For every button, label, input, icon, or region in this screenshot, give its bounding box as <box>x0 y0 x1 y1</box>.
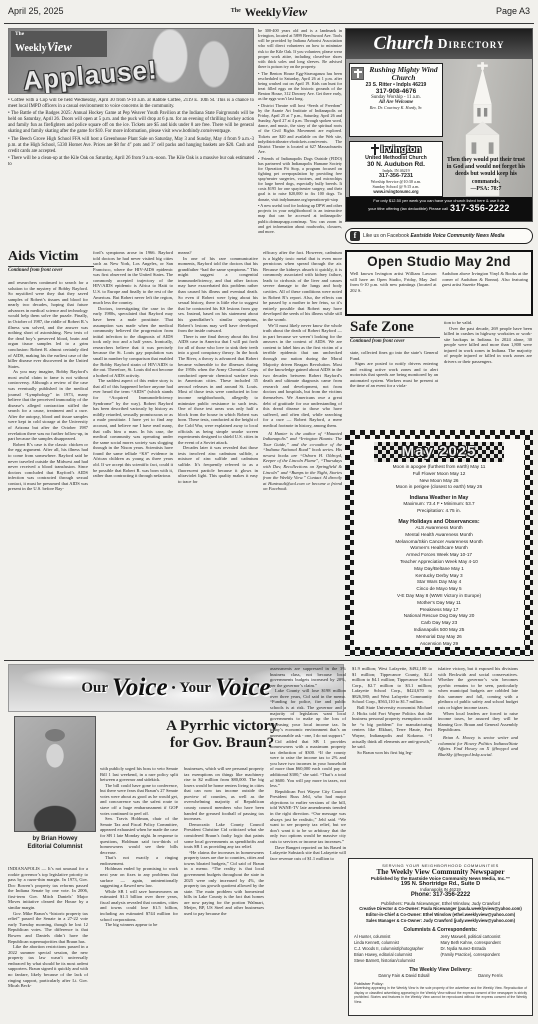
list-item: Creative Director & Co-Owner: Paula Nice… <box>354 906 527 912</box>
list-item: Full Flower Moon May 12 <box>354 471 524 478</box>
open-studio-box: Open Studio May 2nd Well known Irvington… <box>345 250 533 316</box>
aids-column-4: efficacy after the fact. However, cadmiu… <box>263 250 342 654</box>
paragraph: Robert R’s case is the classic chicken o… <box>8 442 88 492</box>
safe-zone-continued-note: Continued from front cover <box>350 337 440 344</box>
list-item: Preakness May 17 <box>354 607 524 614</box>
safe-zone-column-1: state, collected fines go into the state… <box>350 350 438 428</box>
section-divider <box>4 660 534 661</box>
paragraph: We’ll most likely never know the whole t… <box>263 323 342 429</box>
applause-graphic: TheWeeklyView Applause! <box>8 28 254 94</box>
list-item: • There will be a clean-up at the Kile O… <box>8 156 254 168</box>
umc-cross-icon <box>371 144 379 155</box>
paragraph: As you may imagine, Bobby Rayford’s most… <box>8 369 88 442</box>
safe-zone-header: Safe Zone Continued from front cover <box>350 320 440 344</box>
list-item: New Moon May 26 <box>354 478 524 485</box>
paragraph: The big winners appear to be <box>100 922 178 928</box>
byline-name: by Brian Howey <box>14 836 96 844</box>
paragraph: Dave Bangert reported on his Based in La… <box>270 845 346 862</box>
braun-column-6: islative victory, but it exposed his div… <box>438 666 518 854</box>
header-divider <box>4 23 534 24</box>
publisher-info-box: SERVING YOUR NEIGHBORHOOD COMMUNITIES Th… <box>348 858 533 1016</box>
list-item: Steve Barnett, historian/columnist <box>354 958 441 964</box>
delivery-left: Danny Fain & David Edsall <box>378 973 429 978</box>
list-item: be 300-400 years old and is a landmark i… <box>258 28 342 69</box>
rushing-phone: 317-908-4676 <box>351 88 441 95</box>
paragraph: The bill could have gone to conference, … <box>100 783 178 816</box>
list-item: Editor-in-Chief & Co-Owner: Ethel Winslo… <box>354 912 527 918</box>
braun-column-1: INDIANAPOLIS — It’s not unusual for a ro… <box>8 866 88 1018</box>
church-directory-body: Rushing Mighty Wind Church 23 S. Ritter … <box>346 59 532 197</box>
list-item: Cinco de Mayo May 5 <box>354 586 524 593</box>
paragraph: Republican Fort Wayne City Council Presi… <box>270 789 346 845</box>
list-item: May Day/Beltane May 1 <box>354 566 524 573</box>
publisher-phone: Phone: 317-356-2222 <box>354 892 527 898</box>
staff-list: Creative Director & Co-Owner: Paula Nice… <box>354 906 527 924</box>
list-item: Melanoma/Skin Cancer Awareness Month <box>354 539 524 546</box>
aids-column-1: and researchers continued to search for … <box>8 280 88 654</box>
applause-middle-column: be 300-400 years old and is a landmark i… <box>258 28 342 246</box>
list-item: Carb Day May 23 <box>354 620 524 627</box>
rushing-name: Rushing Mighty Wind Church <box>366 66 441 82</box>
paragraph: In one of his rare communicative moments… <box>178 256 258 334</box>
facebook-brand: Eastside Voice Community News Media <box>411 233 505 239</box>
list-item: National Rescue Dog Day May 20 <box>354 613 524 620</box>
paragraph: “He claims the increases in homeowners p… <box>184 850 264 917</box>
paragraph: That’s not exactly a ringing endorsement… <box>100 855 178 866</box>
paragraph: efficacy after the fact. However, cadmiu… <box>263 250 342 323</box>
facebook-text: Like us on Facebook <box>363 233 409 239</box>
banner-voice-2: Voice <box>215 674 271 702</box>
newspaper-page: { "header": { "date": "April 25, 2025", … <box>0 0 538 1024</box>
facebook-bar: f Like us on Facebook Eastside Voice Com… <box>345 228 533 244</box>
paragraph: Like the abortion restrictions passed in… <box>8 944 88 989</box>
list-item: Teacher Appreciation Week May 4-10 <box>354 559 524 566</box>
list-item: Indianapolis 500 May 25 <box>354 627 524 634</box>
al-hunter-author-bio: Al Hunter is the author of “Haunted Indi… <box>263 431 342 492</box>
list-item: Star Wars Day May 4 <box>354 579 524 586</box>
list-item: Kentucky Derby May 3 <box>354 573 524 580</box>
list-item: Moon in perigee (closest to earth) May 2… <box>354 484 524 491</box>
paragraph: So Braun won his first big leg- <box>352 750 432 756</box>
logo-the: The <box>15 32 103 38</box>
paragraph: assessments are suppressed in the 3% bus… <box>270 666 346 688</box>
list-item: Sales Manager & Co-Owner: Judy Crawford … <box>354 918 527 924</box>
list-item: (Family Practice), correspondent <box>441 952 528 958</box>
howey-byline: by Brian Howey Editorial Columnist <box>14 836 96 852</box>
logo-view: View <box>47 40 72 54</box>
may-calendar: May 2025 Moon in apogee (furthest from e… <box>345 430 533 656</box>
list-item: Moon in apogee (furthest from earth) May… <box>354 464 524 471</box>
paragraph: There is one final theory about this fir… <box>178 334 258 446</box>
irvington-name: Irvington <box>381 144 422 155</box>
paragraph: Ball State University economist Michael … <box>352 705 432 750</box>
rushing-pastor: Rev. Dr. Courtney K. Hardy, Sr. <box>351 105 441 110</box>
list-item: • A new useful tool for looking up DPW a… <box>258 203 342 234</box>
list-item: Women's Healthcare Month <box>354 545 524 552</box>
columnists-right-list: Jerry Maxwell, political cartoonistMary … <box>441 934 528 965</box>
list-item: V-E Day May 8 (WWII Victory in Europe) <box>354 593 524 600</box>
byline-role: Editorial Columnist <box>14 844 96 852</box>
rushing-church-ad: Rushing Mighty Wind Church 23 S. Ritter … <box>349 63 443 137</box>
paragraph: Democratic Lake County Council President… <box>184 822 264 850</box>
moon-phase-list: Moon in apogee (furthest from earth) May… <box>354 464 524 491</box>
safe-zone-title: Safe Zone <box>350 320 440 335</box>
banner-your: Your <box>179 680 211 697</box>
braun-column-6-text: islative victory, but it exposed his div… <box>438 666 518 733</box>
paragraph: with publicly urged his boss to veto Sen… <box>100 766 178 783</box>
masthead: The WeeklyView <box>0 3 538 21</box>
open-studio-title: Open Studio May 2nd <box>350 254 528 269</box>
paragraph: Signs are posted to notify drivers enter… <box>350 361 438 389</box>
paragraph: Gov. Mike Braun’s “historic property tax… <box>8 911 88 944</box>
paragraph: INDIANAPOLIS — It’s not unusual for a ro… <box>8 866 88 911</box>
banner-voice-1: Voice <box>112 674 168 702</box>
aids-column-4-text: efficacy after the fact. However, cadmiu… <box>263 250 342 429</box>
applause-title: Applause! <box>22 54 159 94</box>
list-item: • Friends of Indianapolis Dogs Outside (… <box>258 156 342 202</box>
masthead-weekly: Weekly <box>245 7 281 19</box>
directory-title-word: Directory <box>438 36 505 52</box>
list-item: • District Theatre will host “Seeds of F… <box>258 103 342 154</box>
logo-weekly: Weekly <box>15 43 47 54</box>
list-item: Mother's Day May 11 <box>354 600 524 607</box>
list-item: • The Battle of the Badges 2025: Annual … <box>8 111 254 135</box>
psa-verse: Then they would put their trust in God a… <box>444 157 528 193</box>
paragraph: state, collected fines go into the state… <box>350 350 438 361</box>
church-title-word: Church <box>374 33 434 55</box>
paragraph: Cid added that SB 1 provides homeowners … <box>270 739 346 789</box>
aids-column-2: ford’s symptoms arose in 1966. Rayford t… <box>93 250 173 654</box>
page-number: Page A3 <box>496 6 530 16</box>
church-phone-number: 317-356-2222 <box>450 203 510 213</box>
list-item: ALS Awareness Month <box>354 525 524 532</box>
brian-howey-photo <box>14 716 96 832</box>
list-item: Memorial Day May 26 <box>354 634 524 641</box>
holidays-list: ALS Awareness MonthMental Health Awarene… <box>354 525 524 647</box>
delivery-right: Danny Ferris <box>478 973 503 978</box>
paragraph: $1.9 million; West Lafayette, $492,100 t… <box>352 666 432 705</box>
paragraph: Over the past decade, 269 people have be… <box>444 326 532 365</box>
braun-column-4: assessments are suppressed in the 3% bus… <box>270 666 346 1018</box>
list-item: Maximum: 73.4 F • Minimum: 53.7 <box>354 501 524 508</box>
list-item: • Coffee with a Cop will be held Wednesd… <box>8 98 254 110</box>
weather-list: Maximum: 73.4 F • Minimum: 53.7Precipita… <box>354 501 524 515</box>
facebook-icon: f <box>350 231 360 241</box>
list-item: Precipitation: 4.75 in. <box>354 508 524 515</box>
braun-column-5: $1.9 million; West Lafayette, $492,100 t… <box>352 666 432 854</box>
paragraph: When local leaders are forced to raise i… <box>438 711 518 733</box>
irvington-address: 30 N. Audubon Rd. <box>351 161 441 168</box>
paragraph: businesses, which will see personal prop… <box>184 766 264 822</box>
footer-line2: your tithe offering (tax deductible) Ple… <box>368 206 448 211</box>
open-studio-col1: Well known Irvington artist William Laws… <box>350 271 437 293</box>
masthead-the: The <box>231 8 241 14</box>
list-item: • The Beech Grove High School FFA will h… <box>8 137 254 155</box>
paragraph: Holdman ended by promising to work next … <box>100 866 178 888</box>
braun-column-2: with publicly urged his boss to veto Sen… <box>100 766 178 1018</box>
calendar-title: May 2025 <box>402 443 477 460</box>
brian-howey-author-bio: Brian A. Howey is senior writer and colu… <box>438 735 518 757</box>
may-calendar-body: May 2025 Moon in apogee (furthest from e… <box>354 439 524 647</box>
psa-text: Then they would put their trust in God a… <box>447 157 526 185</box>
newspaper-name: The Weekly View Community Newspaper <box>354 868 527 876</box>
calendar-title-band: May 2025 <box>374 442 504 462</box>
church-directory: Church Directory Rushing Mighty Wind Chu… <box>345 28 533 222</box>
paragraph: Doctors, investigating the case in the e… <box>93 306 173 379</box>
church-directory-title: Church Directory <box>346 29 532 59</box>
list-item: Armed Forces Week May 10-17 <box>354 552 524 559</box>
publisher-policy-text: Advertising appearing in the Weekly View… <box>354 986 527 1004</box>
list-item: Mental Health Awareness Month <box>354 532 524 539</box>
paragraph: Lake County will lose $198 million over … <box>270 688 346 738</box>
paragraph: islative victory, but it exposed his div… <box>438 666 518 711</box>
rushing-cross-icon <box>351 67 364 80</box>
aids-continued-note: Continued from front cover <box>8 266 94 273</box>
paragraph: and researchers continued to search for … <box>8 280 88 369</box>
braun-column-3: businesses, which will see personal prop… <box>184 766 264 1018</box>
paragraph: Sen. Travis Holdman, chair of the Senate… <box>100 816 178 855</box>
masthead-view: View <box>281 4 307 19</box>
paragraph: ford’s symptoms arose in 1966. Rayford t… <box>93 250 173 306</box>
applause-left-column: • Coffee with a Cop will be held Wednesd… <box>8 98 254 246</box>
open-studio-col2: Audubon above Irvington Vinyl & Books at… <box>442 271 529 293</box>
irvington-website: www.irvingtonumc.org <box>351 189 441 194</box>
list-item: • The Benton House Egg-Stravaganza has b… <box>258 71 342 102</box>
psa-reference: —PSA: 78:7 <box>444 186 528 193</box>
columnists-title: Columnists & Correspondents: <box>354 927 527 933</box>
list-item: Ascension May 29 <box>354 641 524 647</box>
aids-article-title: Aids Victim <box>8 250 94 264</box>
banner-our: Our <box>81 680 108 697</box>
irvington-church-ad: Irvington United Methodist Church 30 N. … <box>349 141 443 197</box>
paragraph: Decades later it was revealed that those… <box>178 445 258 484</box>
church-directory-footer: For only $12.50 per week you can have yo… <box>346 197 532 221</box>
aids-victim-article-header: Aids Victim Continued from front cover <box>8 250 94 273</box>
safe-zone-column-2: tion to be valid.Over the past decade, 2… <box>444 320 532 428</box>
banner-dot: • <box>172 682 176 694</box>
paragraph: The saddest aspect of this entire story … <box>93 378 173 478</box>
paragraph: While SB 1 will save homeowners an estim… <box>100 889 178 922</box>
columnists-left-list: Al Hunter, columnistLinda Kennett, colum… <box>354 934 441 965</box>
aids-column-3: means?In one of his rare communicative m… <box>178 250 258 654</box>
weekly-view-logo: TheWeeklyView <box>11 31 107 57</box>
